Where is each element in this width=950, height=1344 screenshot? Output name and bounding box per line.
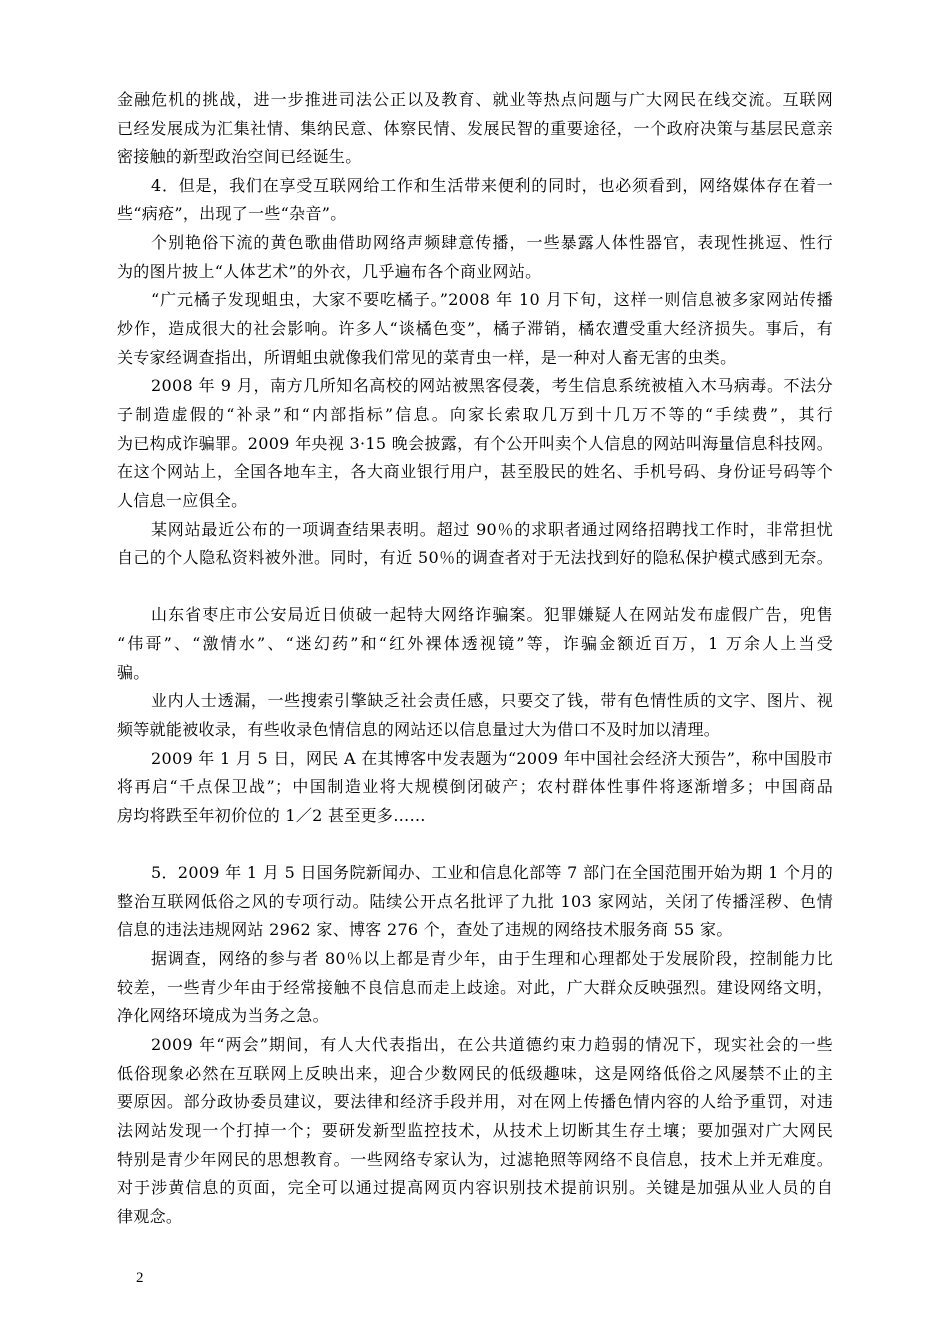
text-line: 特别是青少年网民的思想教育。一些网络专家认为，过滤艳照等网络不良信息，技术上并无… xyxy=(117,1146,833,1174)
text-line: 2009 年“两会”期间，有人大代表指出，在公共道德约束力趋弱的情况下，现实社会… xyxy=(117,1031,833,1059)
text-line: 为的图片披上“人体艺术”的外衣，几乎遍布各个商业网站。 xyxy=(117,258,541,286)
text-line: 整治互联网低俗之风的专项行动。陆续公开点名批评了九批 103 家网站，关闭了传播… xyxy=(117,888,833,916)
text-line: 频等就能被收录，有些收录色情信息的网站还以信息量过大为借口不及时加以清理。 xyxy=(117,716,720,744)
text-line: 5．2009 年 1 月 5 日国务院新闻办、工业和信息化部等 7 部门在全国范… xyxy=(117,859,833,887)
text-line: 对于涉黄信息的页面，完全可以通过提高网页内容识别技术提前识别。关键是加强从业人员… xyxy=(117,1174,833,1202)
text-line: 2008 年 9 月，南方几所知名高校的网站被黑客侵袭，考生信息系统被植入木马病… xyxy=(117,372,833,400)
text-line: 据调查，网络的参与者 80％以上都是青少年，由于生理和心理都处于发展阶段，控制能… xyxy=(117,945,833,973)
text-line: 密接触的新型政治空间已经诞生。 xyxy=(117,143,362,171)
text-line: 为已构成诈骗罪。2009 年央视 3·15 晚会披露，有个公开叫卖个人信息的网站… xyxy=(117,430,833,458)
text-line: 子制造虚假的“补录”和“内部指标”信息。向家长索取几万到十几万不等的“手续费”，… xyxy=(117,401,833,429)
text-line: 某网站最近公布的一项调查结果表明。超过 90％的求职者通过网络招聘找工作时，非常… xyxy=(117,516,833,544)
text-line: 在这个网站上，全国各地车主，各大商业银行用户，甚至股民的姓名、手机号码、身份证号… xyxy=(117,458,833,486)
text-line: 炒作，造成很大的社会影响。许多人“谈橘色变”，橘子滞销，橘农遭受重大经济损失。事… xyxy=(117,315,833,343)
text-line: 信息的违法违规网站 2962 家、博客 276 个，查处了违规的网络技术服务商 … xyxy=(117,916,733,944)
text-line: 将再启“千点保卫战”；中国制造业将大规模倒闭破产；农村群体性事件将逐渐增多；中国… xyxy=(117,773,833,801)
text-line: 房均将跌至年初价位的 1／2 甚至更多…… xyxy=(117,802,426,830)
text-line: 骗。 xyxy=(117,659,150,687)
text-line: “广元橘子发现蛆虫，大家不要吃橘子。”2008 年 10 月下旬，这样一则信息被… xyxy=(117,286,833,314)
text-line: 山东省枣庄市公安局近日侦破一起特大网络诈骗案。犯罪嫌疑人在网站发布虚假广告，兜售 xyxy=(117,601,833,629)
text-line: 自己的个人隐私资料被外泄。同时，有近 50％的调查者对于无法找到好的隐私保护模式… xyxy=(117,544,833,572)
text-line: 法网站发现一个打掉一个；要研发新型监控技术，从技术上切断其生存土壤；要加强对广大… xyxy=(117,1117,833,1145)
text-line: 已经发展成为汇集社情、集纳民意、体察民情、发展民智的重要途径，一个政府决策与基层… xyxy=(117,115,833,143)
text-line: 较差，一些青少年由于经常接触不良信息而走上歧途。对此，广大群众反映强烈。建设网络… xyxy=(117,974,833,1002)
text-line: 关专家经调查指出，所谓蛆虫就像我们常见的菜青虫一样，是一种对人畜无害的虫类。 xyxy=(117,344,736,372)
page-number: 2 xyxy=(136,1270,144,1287)
text-line: 些“病疮”，出现了一些“杂音”。 xyxy=(117,200,347,228)
text-line: 低俗现象必然在互联网上反映出来，迎合少数网民的低级趣味，这是网络低俗之风屡禁不止… xyxy=(117,1060,833,1088)
text-line: 4．但是，我们在享受互联网给工作和生活带来便利的同时，也必须看到，网络媒体存在着… xyxy=(117,172,833,200)
text-line: 个别艳俗下流的黄色歌曲借助网络声频肆意传播，一些暴露人体性器官，表现性挑逗、性行 xyxy=(117,229,833,257)
text-line: “伟哥”、“激情水”、“迷幻药”和“红外裸体透视镜”等，诈骗金额近百万，1 万余… xyxy=(117,630,833,658)
text-line: 业内人士透漏，一些搜索引擎缺乏社会责任感，只要交了钱，带有色情性质的文字、图片、… xyxy=(117,687,833,715)
text-line: 2009 年 1 月 5 日，网民 A 在其博客中发表题为“2009 年中国社会… xyxy=(117,745,833,773)
text-line: 净化网络环境成为当务之急。 xyxy=(117,1002,329,1030)
text-line: 律观念。 xyxy=(117,1203,182,1231)
text-line: 人信息一应俱全。 xyxy=(117,487,247,515)
text-line: 金融危机的挑战，进一步推进司法公正以及教育、就业等热点问题与广大网民在线交流。互… xyxy=(117,86,833,114)
text-line: 要原因。部分政协委员建议，要法律和经济手段并用，对在网上传播色情内容的人给予重罚… xyxy=(117,1088,833,1116)
